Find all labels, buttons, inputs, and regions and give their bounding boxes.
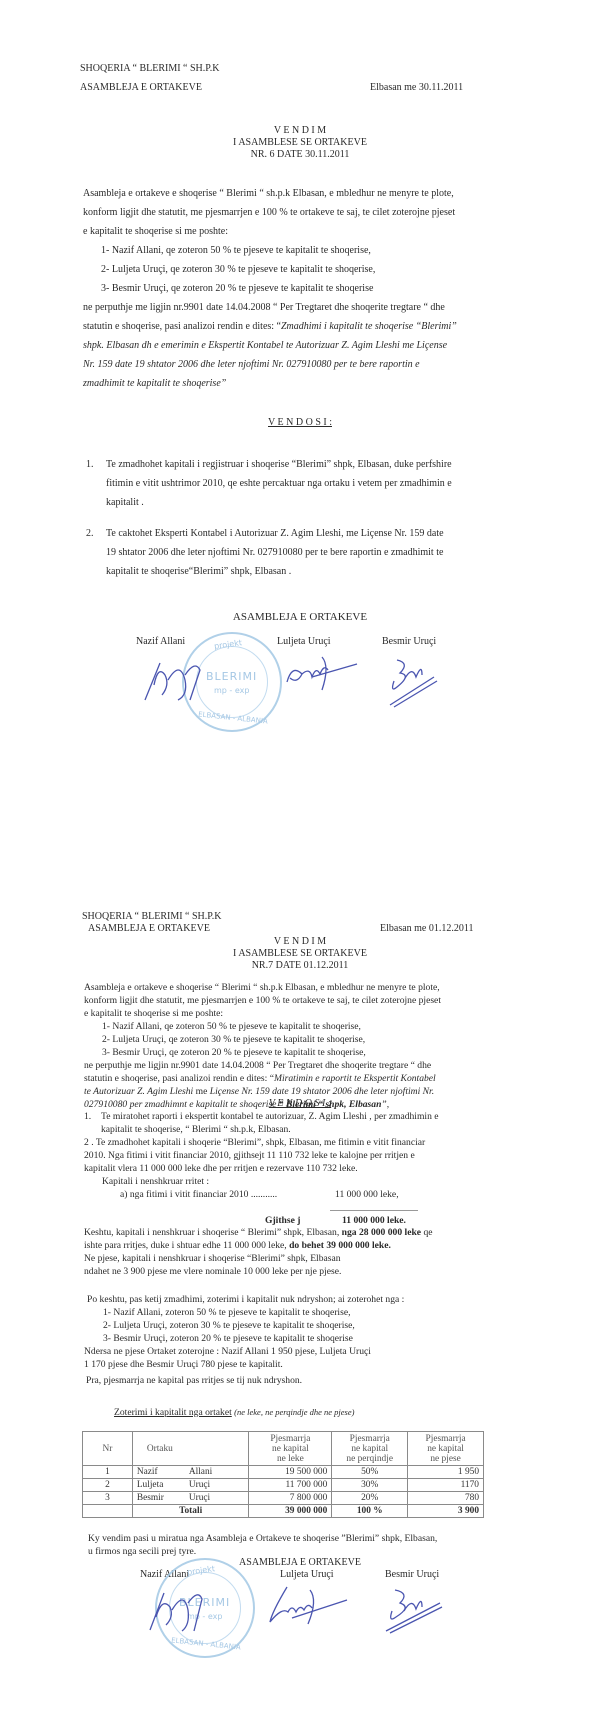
partner-item: 3- Besmir Uruçi, qe zoteron 20 % te pjes…	[102, 1046, 441, 1059]
company-name: SHOQERIA “ BLERIMI “ SH.P.K	[82, 911, 221, 922]
agenda-line: statutin e shoqerise, pasi analizoi rend…	[83, 317, 457, 336]
cell-total-shares: 3 900	[408, 1505, 484, 1518]
stamp-center-text: BLERIMI	[206, 670, 257, 683]
decision-2: 2 . Te zmadhohet kapitali i shoqerie “Bl…	[84, 1136, 425, 1188]
ownership-list: 1- Nazif Allani, zoteron 50 % te pjeseve…	[87, 1306, 404, 1345]
assembly-label: ASAMBLEJA E ORTAKEVE	[88, 923, 210, 934]
ownership-item: 2- Luljeta Uruçi, zoteron 30 % te pjesev…	[103, 1319, 404, 1332]
capital-summary: Keshtu, kapitali i nenshkruar i shoqeris…	[84, 1226, 433, 1278]
unchanged-statement: Pra, pjesmarrja ne kapital pas rritjes s…	[86, 1374, 302, 1387]
summary-line: Keshtu, kapitali i nenshkruar i shoqeris…	[84, 1226, 433, 1239]
table-caption-title: Zoterimi i kapitalit nga ortaket	[114, 1407, 232, 1418]
title-number-date: NR.7 DATE 01.12.2011	[0, 960, 600, 971]
parts-line: 1 170 pjese dhe Besmir Uruçi 780 pjese t…	[84, 1358, 371, 1371]
title-assembly: I ASAMBLESE SE ORTAKEVE	[0, 137, 600, 148]
ownership-item: 1- Nazif Allani, zoteron 50 % te pjeseve…	[103, 1306, 404, 1319]
decision-1: 1. Te miratohet raporti i ekspertit kont…	[84, 1110, 439, 1136]
intro-paragraph: Asambleja e ortakeve e shoqerise “ Bleri…	[84, 981, 441, 1111]
ownership-section: Po keshtu, pas ketij zmadhimi, zoterimi …	[87, 1293, 404, 1345]
shares-line: Ne pjese, kapitali i nenshkruar i shoqer…	[84, 1252, 433, 1265]
decision-line: kapitalit .	[106, 493, 452, 512]
summary-line: ishte para rritjes, duke i shtuar edhe 1…	[84, 1239, 433, 1252]
cell-nr: 2	[83, 1479, 133, 1492]
cell-total-label: Totali	[132, 1505, 249, 1518]
cell-shares: 1 950	[408, 1466, 484, 1479]
title-assembly: I ASAMBLESE SE ORTAKEVE	[0, 948, 600, 959]
signature-heading: ASAMBLEJA E ORTAKEVE	[0, 1557, 600, 1568]
title-number-date: NR. 6 DATE 30.11.2011	[0, 149, 600, 160]
decision-document-nr7: SHOQERIA “ BLERIMI “ SH.P.K ASAMBLEJA E …	[0, 880, 600, 1720]
table-row: 2 LuljetaUruçi 11 700 000 30% 1170	[83, 1479, 484, 1492]
ownership-intro: Po keshtu, pas ketij zmadhimi, zoterimi …	[87, 1293, 404, 1306]
decision-line: Te zmadhohet kapitali i regjistruar i sh…	[106, 455, 452, 474]
signatory-name: Besmir Uruçi	[382, 636, 436, 647]
cell-partner: BesmirUruçi	[132, 1492, 249, 1505]
decision-number: 2.	[86, 524, 94, 543]
cell-total-leke: 39 000 000	[249, 1505, 332, 1518]
cell-percent: 50%	[332, 1466, 408, 1479]
col-header-nr: Nr	[83, 1432, 133, 1466]
partners-list: 1- Nazif Allani, qe zoteron 50 % te pjes…	[83, 241, 457, 298]
agenda-italic: Zmadhimi i kapitalit te shoqerise “Bleri…	[281, 321, 457, 332]
decision-line: 19 shtator 2006 dhe leter njoftimi Nr. 0…	[106, 543, 444, 562]
assembly-label: ASAMBLEJA E ORTAKEVE	[80, 82, 202, 93]
title-vendim: V E N D I M	[0, 125, 600, 136]
decision-line: 2 . Te zmadhohet kapitali i shoqerie “Bl…	[84, 1136, 425, 1149]
agenda-line: te Autorizuar Z. Agim Lleshi me Liçense …	[84, 1085, 441, 1098]
cell-leke: 7 800 000	[249, 1492, 332, 1505]
signatory-name: Besmir Uruçi	[385, 1569, 439, 1580]
decision-line: fitimin e vitit ushtrimor 2010, qe eshte…	[106, 474, 452, 493]
decision-line: 2010. Nga fitimi i vitit financiar 2010,…	[84, 1149, 425, 1162]
signatory-name: Luljeta Uruçi	[277, 636, 331, 647]
cell-nr: 3	[83, 1492, 133, 1505]
col-header-shares: Pjesmarrjane kapitalne pjese	[408, 1432, 484, 1466]
agenda-italic-line: shpk. Elbasan dh e emerimin e Ekspertit …	[83, 336, 457, 355]
cell-total-percent: 100 %	[332, 1505, 408, 1518]
cell-percent: 20%	[332, 1492, 408, 1505]
agenda-line: statutin e shoqerise, pasi analizoi rend…	[84, 1072, 441, 1085]
decision-line: kapitalit vlera 11 000 000 leke dhe per …	[84, 1162, 425, 1175]
cell-empty	[83, 1505, 133, 1518]
table-caption-note: (ne leke, ne perqindje dhe ne pjese)	[234, 1407, 354, 1417]
agenda-prefix: statutin e shoqerise, pasi analizoi rend…	[84, 1073, 274, 1084]
intro-line: Asambleja e ortakeve e shoqerise “ Bleri…	[83, 184, 457, 203]
cell-partner: NazifAllani	[132, 1466, 249, 1479]
summary-text: ishte para rritjes, duke i shtuar edhe 1…	[84, 1240, 289, 1251]
cell-shares: 780	[408, 1492, 484, 1505]
table-total-row: Totali 39 000 000 100 % 3 900	[83, 1505, 484, 1518]
intro-line: e kapitalit te shoqerise si me poshte:	[83, 222, 457, 241]
capital-item-label: a) nga fitimi i vitit financiar 2010 ...…	[120, 1188, 277, 1201]
table-header-row: Nr Ortaku Pjesmarrjane kapitalne leke Pj…	[83, 1432, 484, 1466]
signature-nazif-allani	[142, 1585, 212, 1635]
signature-luljeta-uruci	[262, 1582, 352, 1627]
decision-number: 1.	[84, 1110, 91, 1123]
col-header-leke: Pjesmarrjane kapitalne leke	[249, 1432, 332, 1466]
cell-percent: 30%	[332, 1479, 408, 1492]
decision-number: 1.	[86, 455, 94, 474]
summary-text: qe	[421, 1227, 432, 1238]
intro-line: konform ligjit dhe statutit, me pjesmarr…	[84, 994, 441, 1007]
decision-1: 1. Te zmadhohet kapitali i regjistruar i…	[86, 455, 452, 512]
law-reference: ne perputhje me ligjin nr.9901 date 14.0…	[83, 298, 457, 317]
capital-item-value: 11 000 000 leke,	[335, 1188, 399, 1201]
shares-line: ndahet ne 3 900 pjese me vlere nominale …	[84, 1265, 433, 1278]
partner-item: 2- Luljeta Uruçi, qe zoteron 30 % te pje…	[102, 1033, 441, 1046]
capital-ownership-table: Nr Ortaku Pjesmarrjane kapitalne leke Pj…	[82, 1431, 484, 1518]
partner-item: 1- Nazif Allani, qe zoteron 50 % te pjes…	[102, 1020, 441, 1033]
signature-nazif-allani	[140, 655, 210, 705]
partner-item: 2- Luljeta Uruçi, qe zoteron 30 % te pje…	[101, 260, 457, 279]
ownership-item: 3- Besmir Uruçi, zoteron 20 % te pjeseve…	[103, 1332, 404, 1345]
capital-increase-label: Kapitali i nenshkruar rritet :	[84, 1175, 425, 1188]
company-name: SHOQERIA “ BLERIMI “ SH.P.K	[80, 63, 219, 74]
decides-heading: V E N D O S I :	[0, 417, 600, 428]
title-vendim: V E N D I M	[0, 936, 600, 947]
closing-line: Ky vendim pasi u miratua nga Asambleja e…	[88, 1532, 437, 1545]
cell-leke: 19 500 000	[249, 1466, 332, 1479]
agenda-italic-line: zmadhimit te kapitalit te shoqerise”	[83, 374, 457, 393]
agenda-italic: Liçense Nr. 159 date 19 shtator 2006 dhe…	[210, 1086, 434, 1097]
stamp-sub-text: mp - exp	[214, 686, 249, 695]
decision-document-nr6: SHOQERIA “ BLERIMI “ SH.P.K ASAMBLEJA E …	[0, 0, 600, 860]
decision-2: 2. Te caktohet Eksperti Kontabel i Autor…	[86, 524, 444, 581]
law-reference: ne perputhje me ligjin nr.9901 date 14.0…	[84, 1059, 441, 1072]
agenda-italic: te Autorizuar Z. Agim Lleshi	[84, 1086, 193, 1097]
agenda-italic-line: Nr. 159 date 19 shtator 2006 dhe leter n…	[83, 355, 457, 374]
place-date: Elbasan me 30.11.2011	[370, 82, 463, 93]
cell-shares: 1170	[408, 1479, 484, 1492]
summary-bold: nga 28 000 000 leke	[342, 1227, 421, 1238]
decision-line: kapitalit te shoqerise, “ Blerimi “ sh.p…	[101, 1123, 439, 1136]
signatory-name: Nazif Allani	[136, 636, 185, 647]
intro-line: Asambleja e ortakeve e shoqerise “ Bleri…	[84, 981, 441, 994]
signature-luljeta-uruci	[282, 652, 362, 692]
partners-list: 1- Nazif Allani, qe zoteron 50 % te pjes…	[84, 1020, 441, 1059]
intro-line: e kapitalit te shoqerise si me poshte:	[84, 1007, 441, 1020]
intro-paragraph: Asambleja e ortakeve e shoqerise “ Bleri…	[83, 184, 457, 393]
closing-paragraph: Ky vendim pasi u miratua nga Asambleja e…	[88, 1532, 437, 1558]
table-row: 1 NazifAllani 19 500 000 50% 1 950	[83, 1466, 484, 1479]
partner-item: 3- Besmir Uruçi, qe zoteron 20 % te pjes…	[101, 279, 457, 298]
agenda-normal: me	[193, 1086, 210, 1097]
parts-line: Ndersa ne pjese Ortaket zoterojne : Nazi…	[84, 1345, 371, 1358]
summary-bold: do behet 39 000 000 leke.	[289, 1240, 391, 1251]
sum-divider	[330, 1210, 418, 1211]
col-header-partner: Ortaku	[132, 1432, 249, 1466]
cell-partner: LuljetaUruçi	[132, 1479, 249, 1492]
decision-line: kapitalit te shoqerise“Blerimi” shpk, El…	[106, 562, 444, 581]
decision-line: Te miratohet raporti i ekspertit kontabe…	[101, 1110, 439, 1123]
parts-paragraph: Ndersa ne pjese Ortaket zoterojne : Nazi…	[84, 1345, 371, 1371]
table-caption: Zoterimi i kapitalit nga ortaket (ne lek…	[114, 1406, 354, 1419]
place-date: Elbasan me 01.12.2011	[380, 923, 474, 934]
cell-nr: 1	[83, 1466, 133, 1479]
signatory-name: Luljeta Uruçi	[280, 1569, 334, 1580]
summary-text: Keshtu, kapitali i nenshkruar i shoqeris…	[84, 1227, 342, 1238]
agenda-italic: Miratimin e raportit te Ekspertit Kontab…	[274, 1073, 436, 1084]
decides-heading: V E N D O S I :	[0, 1098, 600, 1109]
cell-leke: 11 700 000	[249, 1479, 332, 1492]
signature-besmir-uruci	[380, 1585, 450, 1635]
table-row: 3 BesmirUruçi 7 800 000 20% 780	[83, 1492, 484, 1505]
col-header-percent: Pjesmarrjane kapitalne perqindje	[332, 1432, 408, 1466]
partner-item: 1- Nazif Allani, qe zoteron 50 % te pjes…	[101, 241, 457, 260]
agenda-prefix: statutin e shoqerise, pasi analizoi rend…	[83, 321, 281, 332]
signature-besmir-uruci	[382, 655, 442, 710]
decision-line: Te caktohet Eksperti Kontabel i Autorizu…	[106, 524, 444, 543]
intro-line: konform ligjit dhe statutit, me pjesmarr…	[83, 203, 457, 222]
signature-heading: ASAMBLEJA E ORTAKEVE	[0, 611, 600, 623]
